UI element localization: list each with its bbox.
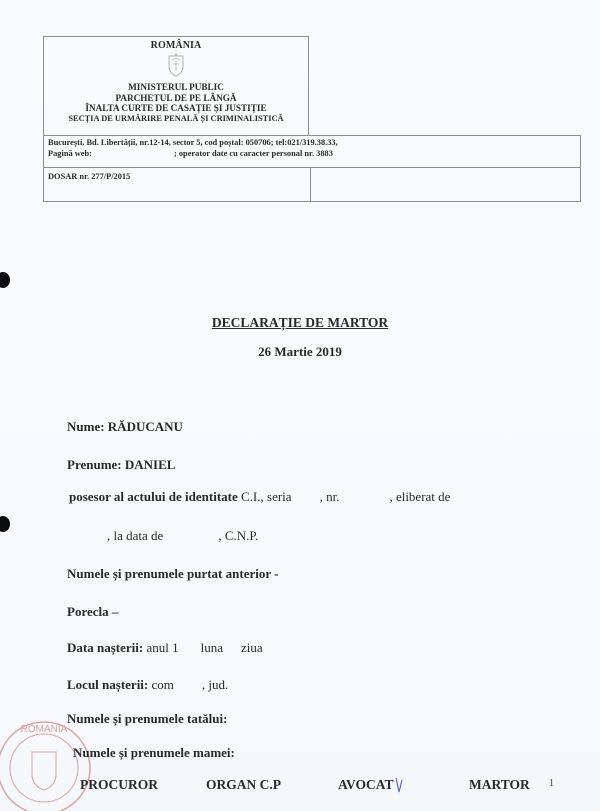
document-date: 26 Martie 2019 bbox=[0, 344, 600, 360]
birthplace-jud: , jud. bbox=[202, 677, 228, 692]
birth-date-field: Data nașterii: anul 1lunaziua bbox=[67, 640, 263, 656]
institution-line: MINISTERUL PUBLIC bbox=[44, 82, 308, 93]
country-name: ROMÂNIA bbox=[44, 40, 308, 51]
birthplace-field: Locul nașterii: com, jud. bbox=[67, 677, 228, 693]
page-number: 1 bbox=[549, 778, 554, 789]
institution-line: ÎNALTA CURTE DE CASAȚIE ȘI JUSTIȚIE bbox=[44, 103, 308, 114]
nume-value: RĂDUCANU bbox=[108, 419, 183, 434]
signature-martor: MARTOR bbox=[469, 777, 530, 793]
signature-avocat: AVOCAT bbox=[338, 777, 394, 793]
institution-line: PARCHETUL DE PE LÂNGĂ bbox=[44, 93, 308, 104]
signature-procuror: PROCUROR bbox=[80, 777, 158, 793]
pen-mark-icon bbox=[395, 776, 403, 794]
mother-label: Numele și prenumele mamei: bbox=[73, 745, 235, 760]
romania-coat-of-arms-icon bbox=[166, 53, 186, 77]
id-label: posesor al actului de identitate bbox=[69, 489, 238, 504]
id-number-label: , nr. bbox=[320, 489, 340, 504]
mother-field: Numele și prenumele mamei: bbox=[73, 745, 235, 761]
stamp-text: ROMANIA bbox=[21, 724, 68, 735]
address-line: București, Bd. Libertății, nr.12-14, sec… bbox=[48, 138, 580, 149]
punch-hole-icon bbox=[0, 516, 10, 532]
signature-organ-cp: ORGAN C.P bbox=[206, 777, 281, 793]
cnp-label: , C.N.P. bbox=[218, 528, 258, 543]
birthplace-label: Locul nașterii: bbox=[67, 677, 148, 692]
birth-month: luna bbox=[201, 640, 223, 655]
institution-line: SECȚIA DE URMĂRIRE PENALĂ ȘI CRIMINALIST… bbox=[44, 114, 308, 125]
dosar-row: DOSAR nr. 277/P/2015 bbox=[43, 167, 581, 202]
prenume-value: DANIEL bbox=[125, 457, 176, 472]
former-name-label: Numele și prenumele purtat anterior - bbox=[67, 566, 278, 581]
nickname-field: Porecla – bbox=[67, 604, 118, 620]
birthplace-com: com bbox=[152, 677, 174, 692]
id-document-field: posesor al actului de identitate C.I., s… bbox=[69, 489, 450, 505]
official-stamp-icon: ROMANIA bbox=[0, 718, 94, 811]
id-issued-label: , eliberat de bbox=[389, 489, 450, 504]
former-name-field: Numele și prenumele purtat anterior - bbox=[67, 566, 278, 582]
document-title: DECLARAȚIE DE MARTOR bbox=[0, 315, 600, 331]
prenume-label: Prenume: bbox=[67, 457, 122, 472]
nume-label: Nume: bbox=[67, 419, 105, 434]
birth-day: ziua bbox=[241, 640, 263, 655]
address-block: București, Bd. Libertății, nr.12-14, sec… bbox=[43, 135, 581, 168]
id-date-label: , la data de bbox=[107, 528, 163, 543]
prenume-field: Prenume: DANIEL bbox=[67, 457, 175, 473]
punch-hole-icon bbox=[0, 272, 10, 288]
operator-line: ; operator date cu caracter personal nr.… bbox=[174, 149, 333, 158]
birth-year: anul 1 bbox=[146, 640, 178, 655]
institution-header: ROMÂNIA MINISTERUL PUBLIC PARCHETUL DE P… bbox=[43, 36, 309, 135]
nume-field: Nume: RĂDUCANU bbox=[67, 419, 183, 435]
nickname-label: Porecla – bbox=[67, 604, 118, 619]
birth-date-label: Data nașterii: bbox=[67, 640, 143, 655]
id-type: C.I., seria bbox=[241, 489, 292, 504]
id-date-field: , la data de, C.N.P. bbox=[67, 528, 258, 544]
dosar-number: DOSAR nr. 277/P/2015 bbox=[44, 168, 311, 201]
document-page: ROMÂNIA MINISTERUL PUBLIC PARCHETUL DE P… bbox=[0, 0, 600, 811]
web-label: Pagină web: bbox=[48, 149, 92, 158]
